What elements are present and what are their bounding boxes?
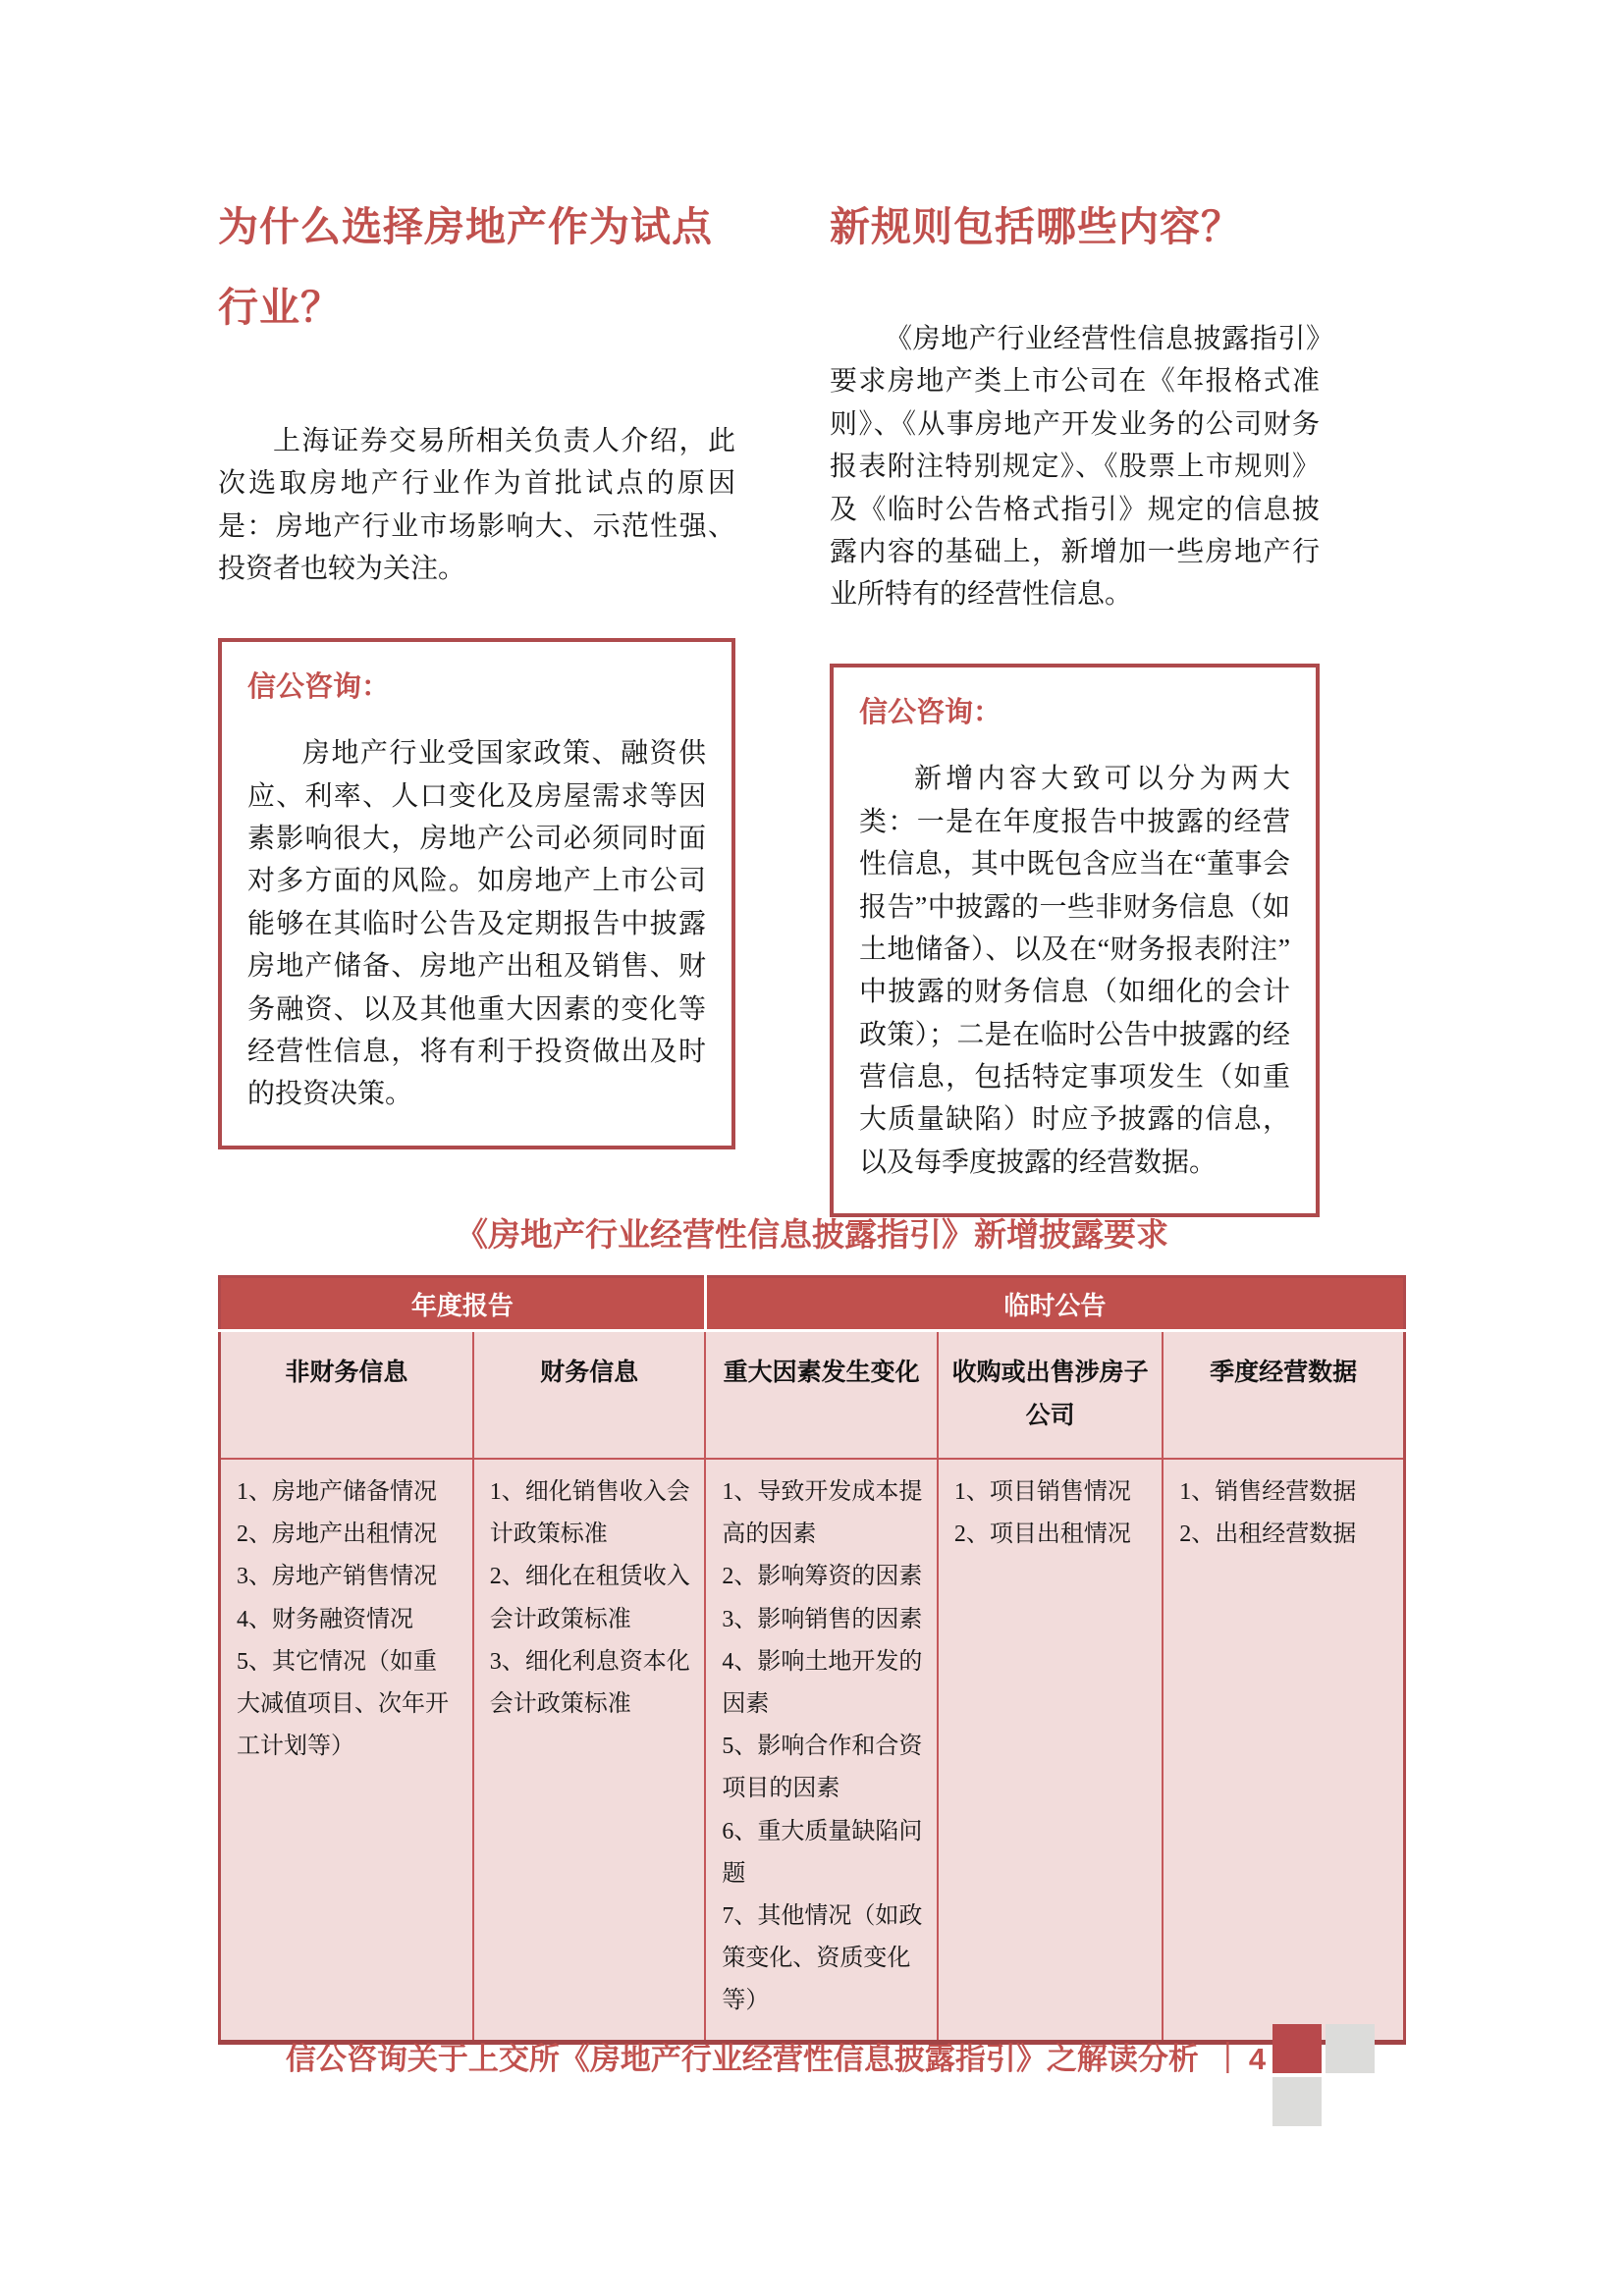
right-section-heading: 新规则包括哪些内容？ — [830, 187, 1320, 267]
table-cell-item: 5、其它情况（如重大减值项目、次年开工计划等） — [237, 1641, 460, 1769]
table-cell-item: 3、房地产销售情况 — [237, 1556, 460, 1598]
cell-quarterly-data: 1、销售经营数据2、出租经营数据 — [1163, 1459, 1404, 2043]
footer-separator: ｜ — [1213, 2042, 1243, 2076]
table-cell-item: 7、其他情况（如政策变化、资质变化等） — [722, 1896, 925, 2023]
table-cell-item: 2、房地产出租情况 — [237, 1514, 460, 1556]
table-cell-item: 1、房地产储备情况 — [237, 1471, 460, 1514]
document-page: 为什么选择房地产作为试点行业？ 上海证券交易所相关负责人介绍，此次选取房地产行业… — [0, 0, 1624, 2296]
column-header-financial-info: 财务信息 — [473, 1331, 706, 1460]
table-cell-item: 6、重大质量缺陷问题 — [722, 1811, 925, 1896]
cell-nonfinancial-info: 1、房地产储备情况2、房地产出租情况3、房地产销售情况4、财务融资情况5、其它情… — [220, 1459, 473, 2043]
footer-page-number: 4 — [1249, 2042, 1266, 2076]
footer-square-gray-bottom — [1272, 2077, 1322, 2126]
table-cell-item: 2、细化在租赁收入会计政策标准 — [490, 1556, 693, 1640]
table-cell-item: 4、影响土地开发的因素 — [722, 1641, 925, 1726]
left-callout-body: 房地产行业受国家政策、融资供应、利率、人口变化及房屋需求等因素影响很大，房地产公… — [247, 732, 706, 1116]
group-header-interim-announcement: 临时公告 — [705, 1277, 1404, 1331]
right-column: 新规则包括哪些内容？ 《房地产行业经营性信息披露指引》要求房地产类上市公司在《年… — [830, 187, 1320, 1217]
disclosure-table-section: 《房地产行业经营性信息披露指引》新增披露要求 年度报告 临时公告 非财务信息 财… — [218, 1209, 1406, 2045]
cell-financial-info: 1、细化销售收入会计政策标准2、细化在租赁收入会计政策标准3、细化利息资本化会计… — [473, 1459, 706, 2043]
group-header-annual-report: 年度报告 — [220, 1277, 706, 1331]
right-callout-body: 新增内容大致可以分为两大类：一是在年度报告中披露的经营性信息，其中既包含应当在“… — [859, 758, 1290, 1184]
left-section-heading: 为什么选择房地产作为试点行业？ — [218, 187, 735, 347]
column-header-nonfinancial-info: 非财务信息 — [220, 1331, 473, 1460]
table-cell-item: 1、项目销售情况 — [954, 1471, 1150, 1514]
table-cell-item: 4、财务融资情况 — [237, 1599, 460, 1641]
footer-square-red — [1272, 2024, 1322, 2073]
table-cell-item: 1、销售经营数据 — [1179, 1471, 1391, 1514]
table-cell-item: 2、出租经营数据 — [1179, 1514, 1391, 1556]
table-body-row: 1、房地产储备情况2、房地产出租情况3、房地产销售情况4、财务融资情况5、其它情… — [220, 1459, 1405, 2043]
cell-major-factor-changes: 1、导致开发成本提高的因素2、影响筹资的因素3、影响销售的因素4、影响土地开发的… — [705, 1459, 938, 2043]
right-paragraph: 《房地产行业经营性信息披露指引》要求房地产类上市公司在《年报格式准则》、《从事房… — [830, 318, 1320, 616]
footer: 信公咨询关于上交所《房地产行业经营性信息披露指引》之解读分析｜4 — [182, 2034, 1370, 2078]
left-paragraph: 上海证券交易所相关负责人介绍，此次选取房地产行业作为首批试点的原因是：房地产行业… — [218, 420, 735, 591]
table-cell-item: 2、项目出租情况 — [954, 1514, 1150, 1556]
table-group-header-row: 年度报告 临时公告 — [220, 1277, 1405, 1331]
table-cell-item: 1、导致开发成本提高的因素 — [722, 1471, 925, 1556]
table-cell-item: 5、影响合作和合资项目的因素 — [722, 1726, 925, 1810]
column-header-acquisition-disposal: 收购或出售涉房子公司 — [938, 1331, 1163, 1460]
footer-square-gray-right — [1326, 2024, 1375, 2073]
right-callout-label: 信公咨询： — [859, 693, 1290, 733]
left-column: 为什么选择房地产作为试点行业？ 上海证券交易所相关负责人介绍，此次选取房地产行业… — [218, 187, 735, 1149]
table-title: 《房地产行业经营性信息披露指引》新增披露要求 — [218, 1209, 1406, 1255]
left-callout-label: 信公咨询： — [247, 667, 706, 708]
right-callout-box: 信公咨询： 新增内容大致可以分为两大类：一是在年度报告中披露的经营性信息，其中既… — [830, 664, 1320, 1218]
left-callout-box: 信公咨询： 房地产行业受国家政策、融资供应、利率、人口变化及房屋需求等因素影响很… — [218, 638, 735, 1149]
column-header-major-factor-changes: 重大因素发生变化 — [705, 1331, 938, 1460]
disclosure-table: 年度报告 临时公告 非财务信息 财务信息 重大因素发生变化 收购或出售涉房子公司… — [218, 1275, 1406, 2045]
table-cell-item: 1、细化销售收入会计政策标准 — [490, 1471, 693, 1556]
table-cell-item: 3、影响销售的因素 — [722, 1599, 925, 1641]
table-cell-item: 2、影响筹资的因素 — [722, 1556, 925, 1598]
column-header-quarterly-data: 季度经营数据 — [1163, 1331, 1404, 1460]
footer-text: 信公咨询关于上交所《房地产行业经营性信息披露指引》之解读分析 — [286, 2042, 1199, 2076]
table-column-header-row: 非财务信息 财务信息 重大因素发生变化 收购或出售涉房子公司 季度经营数据 — [220, 1331, 1405, 1460]
cell-acquisition-disposal: 1、项目销售情况2、项目出租情况 — [938, 1459, 1163, 2043]
table-cell-item: 3、细化利息资本化会计政策标准 — [490, 1641, 693, 1726]
